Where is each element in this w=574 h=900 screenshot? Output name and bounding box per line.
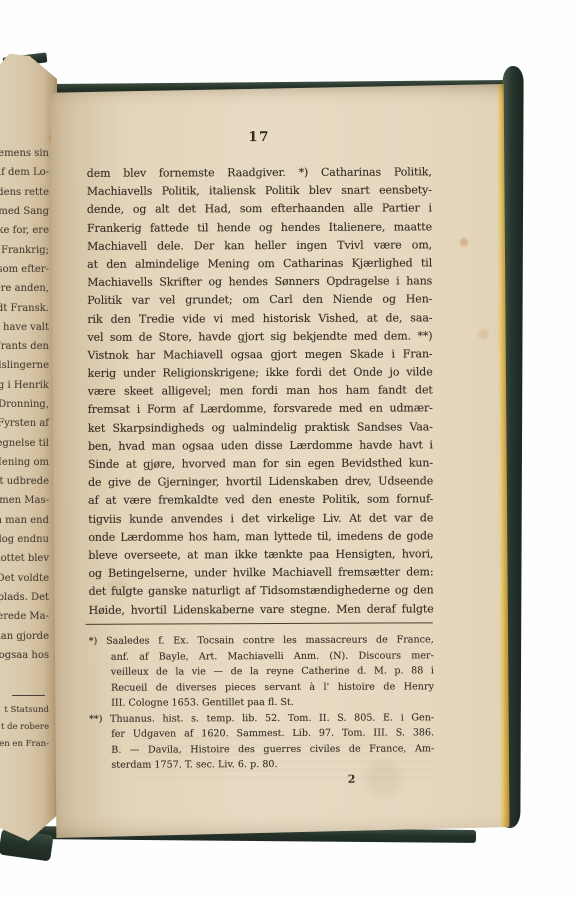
left-page-fragment-line: rlottet blev [0,549,51,568]
left-page-fragment-line: e have valt [0,318,51,337]
left-page-fragment-line: af dem Lo- [0,163,51,182]
left-page-fragment-line: Mening om [0,453,51,472]
left-page-fragment-line: r han gjorde [0,626,51,645]
left-page-fragment-line: til Frankrig; [0,240,51,259]
body-text-line: Høide, hvortil Lidenskaberne vare stegne… [89,600,434,620]
right-page: 17 dem blev fornemste Raadgiver. *) Cath… [50,84,509,838]
left-page-fragment-line: ikke for, ere [0,221,51,240]
footnote-line: Recueil de diverses pieces servant à l' … [89,679,434,696]
body-text-line: Machiavell dele. Der kan heller ingen Tv… [87,236,432,256]
left-page-fragment-line: hadslingerne [0,356,51,375]
open-book: emens sinaf dem Lo-a dens rettek med San… [0,0,574,900]
body-text-line: at den almindelige Mening om Catharinas … [87,254,432,274]
footnote-line: **) Thuanus. hist. s. temp. lib. 52. Tom… [89,710,434,727]
body-text-line: af at være fremkaldte ved den eneste Pol… [88,491,433,511]
body-text-line: kerig under Religionskrigene; ikke fordi… [88,363,433,383]
body-text-line: Machiavells Skrifter og hendes Sønners O… [87,272,432,292]
left-page-footnote-line: t de robere [0,718,51,735]
left-page-fragment-line: rplads. Det [0,588,51,607]
body-text-line: rik den Tredie vide vi med historisk Vis… [87,309,432,329]
body-text-line: være skeet alligevel; men fordi man hos … [88,382,433,402]
body-text-line: Vistnok har Machiavell ogsaa gjort megen… [87,345,432,365]
body-text-line: fremsat i Form af Lærdomme, forsvarede m… [88,400,433,420]
left-page-fragment-line: men Mas- [0,491,51,510]
left-page-fragment-line: e, som efter- [0,260,51,279]
footnote-line: veilleux de la vie — de la reyne Catheri… [89,663,434,680]
body-text-line: bleve overseete, at man ikke tænkte paa … [88,545,433,565]
left-page-fragment-line: dog endnu [0,530,51,549]
body-text-line: ket Skarpsindigheds og ualmindelig prakt… [88,418,433,438]
body-text-line: Frankerig fattede til hende og hendes It… [87,218,432,238]
left-page-footnote-line: den en Fran- [0,735,51,752]
left-page-fragment-line: e være anden, [0,279,51,298]
body-text-line: det fulgte ganske naturligt af Tidsomstæ… [89,582,434,602]
left-page-fragment-line: a dens rette [0,183,51,202]
body-text-line: dem blev fornemste Raadgiver. *) Cathari… [87,163,432,183]
left-page-fragment-line: k med Sang [0,202,51,221]
footnote-divider [86,622,433,625]
left-page-fragment-line: emens sin [0,144,51,163]
left-page-footnote-rule [12,695,45,696]
left-page-footnote-fragments: t Statsundt de robereden en Fran- [0,701,51,752]
body-text-line: tigviis kunde anvendes i det virkelige L… [88,509,433,529]
footnote-line: *) Saaledes f. Ex. Tocsain contre les ma… [89,632,434,649]
book-photograph: emens sinaf dem Lo-a dens rettek med San… [0,0,574,900]
body-text-line: vel som de Store, havde gjort sig bekjen… [87,327,432,347]
left-page-fragment-line: t Fyrsten af [0,414,51,433]
left-page-sliver: emens sinaf dem Lo-a dens rettek med San… [0,52,57,844]
left-page-fragment-line: Det voldte [0,569,51,588]
body-text-line: og Betingelserne, under hvilke Machiavel… [88,563,433,583]
left-page-fragment-line: og i Henrik [0,376,51,395]
left-page-fragment-line: inderede Ma- [0,607,51,626]
left-page-fragment-line: at udbrede [0,472,51,491]
left-page-footnote-line: t Statsund [0,701,51,718]
body-text-line: dende, og alt det Had, som efterhaanden … [87,200,432,220]
page-number: 17 [87,128,432,146]
body-text-line: de give de Gjerninger, hvortil Lidenskab… [88,473,433,493]
body-text-line: onde Lærdomme hos ham, man lyttede til, … [88,527,433,547]
body-text-line: ben, hvad man ogsaa uden disse Lærdomme … [88,436,433,456]
left-page-fragment-line: Tilegnelse til [0,433,51,452]
left-page-fragment-line: de Dronning, [0,395,51,414]
body-text-line: Machiavells Politik, italiensk Politik b… [87,182,432,202]
left-page-fragment-line: Frants den [0,337,51,356]
footnote-line: anf. af Bayle, Art. Machiavelli Anm. (N)… [89,648,434,665]
left-page-text-fragments: emens sinaf dem Lo-a dens rettek med San… [0,144,51,665]
body-text-line: Sinde at gjøre, hvorved man for sin egen… [88,454,433,474]
body-text: dem blev fornemste Raadgiver. *) Cathari… [87,163,434,619]
left-page-fragment-line: landt Fransk. [0,298,51,317]
body-text-line: Politik var vel grundet; om Carl den Nie… [87,291,432,311]
left-page-footnote-area: t Statsundt de robereden en Fran- [0,679,51,752]
footnote-line: III. Cologne 1653. Gentillet paa fl. St. [89,694,434,711]
left-page-fragment-line: n ogsaa hos [0,646,51,665]
left-page-fragment-line: m man end [0,511,51,530]
signature-mark: 2 [89,773,355,787]
